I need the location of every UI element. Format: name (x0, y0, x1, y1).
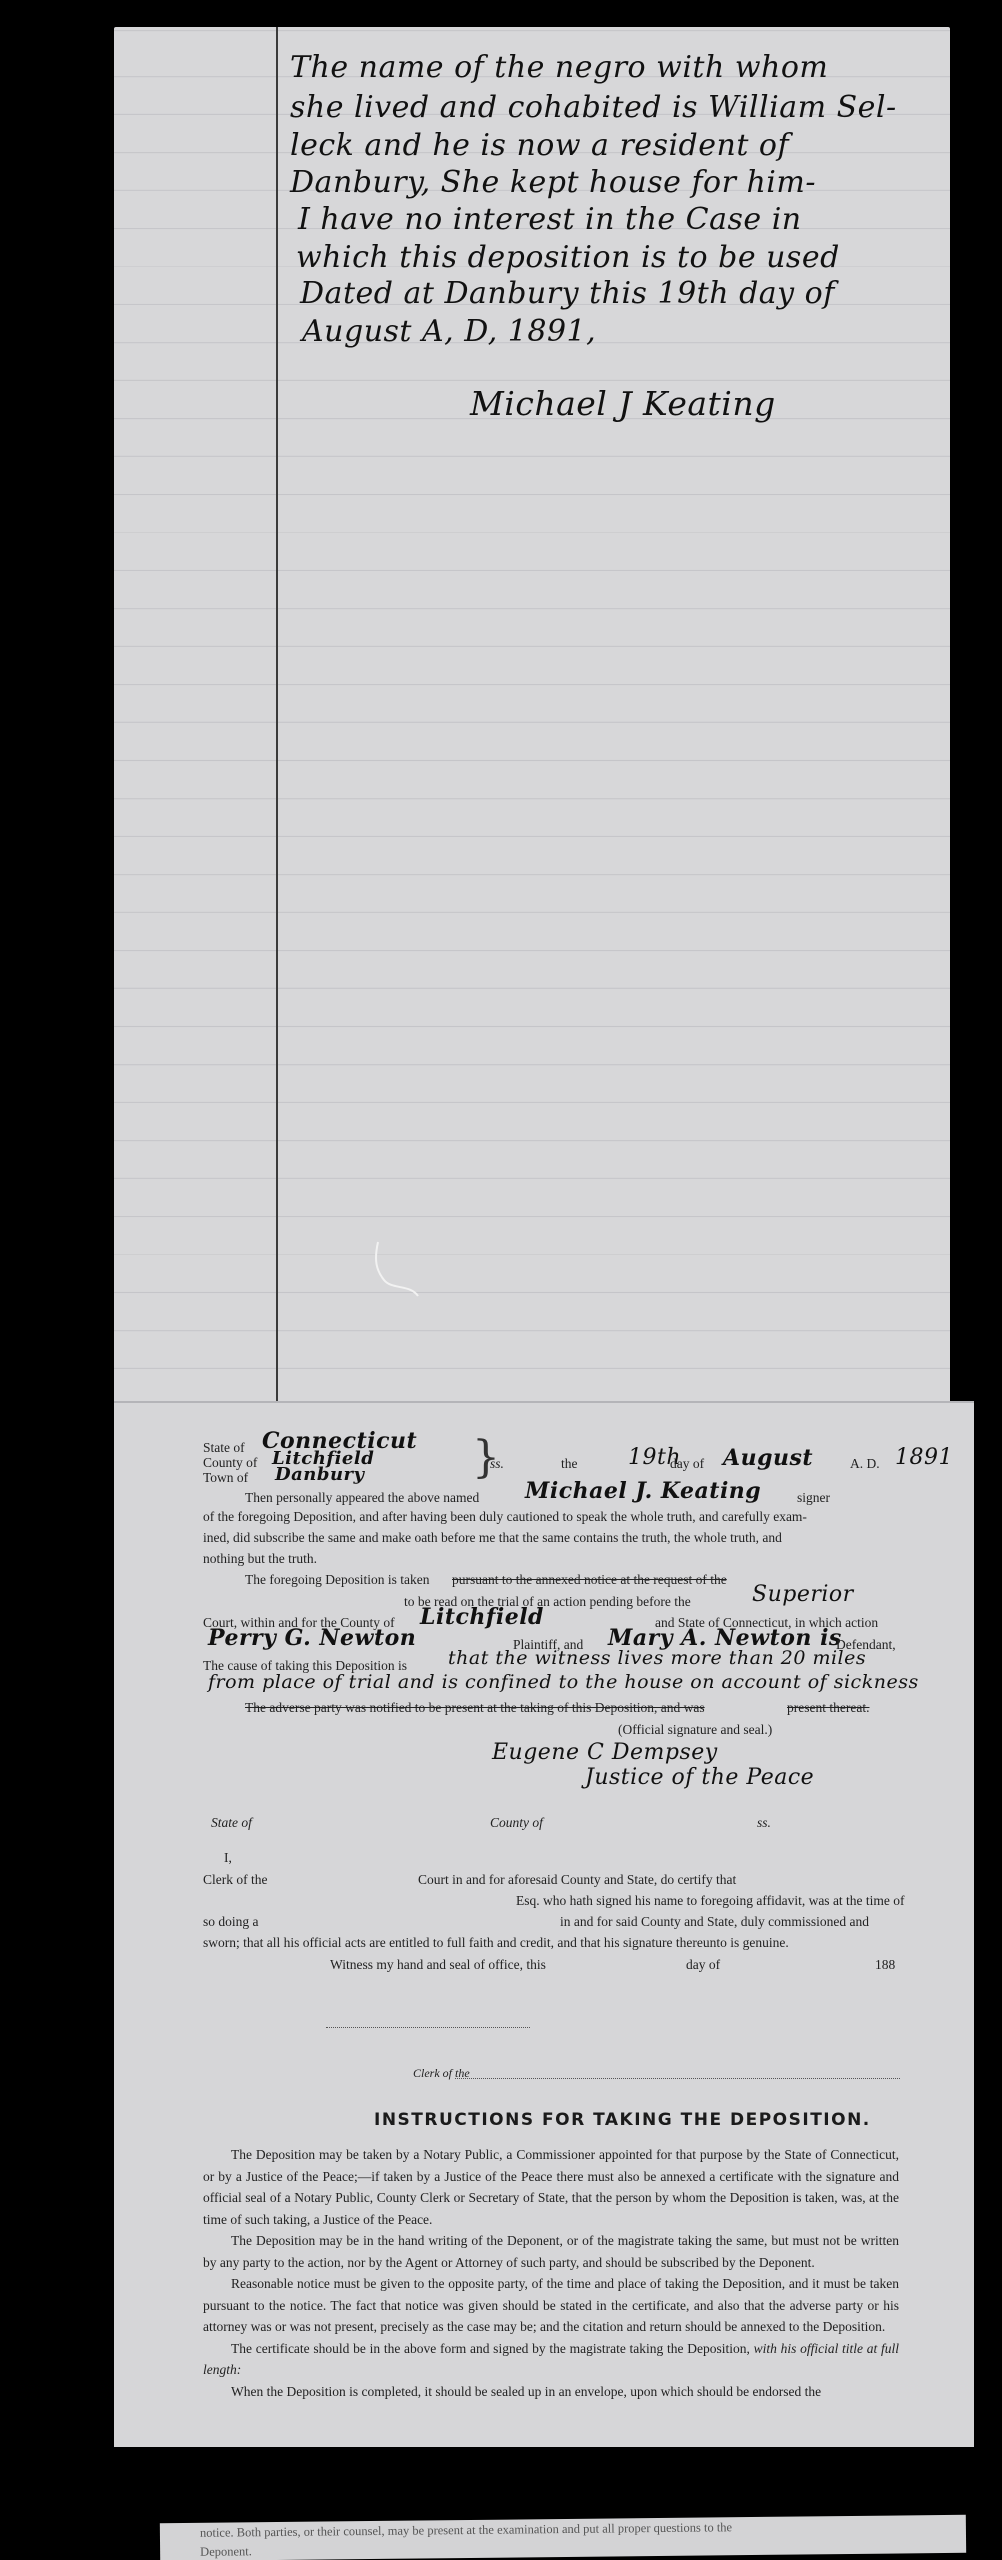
magistrate-signature: Eugene C Dempsey (492, 1740, 718, 1765)
month-value: August (723, 1445, 813, 1471)
handwritten-line: leck and he is now a resident of (290, 128, 789, 163)
oath-line-1: of the foregoing Deposition, and after h… (203, 1509, 807, 1525)
county-label: County of (203, 1455, 257, 1471)
handwritten-line: she lived and cohabited is William Sel- (290, 90, 897, 125)
cert-county-label: County of (490, 1815, 543, 1831)
detached-paper-strip: notice. Both parties, or their counsel, … (160, 2515, 966, 2560)
instructions-paragraph-2: The Deposition may be in the hand writin… (203, 2230, 899, 2273)
town-label: Town of (203, 1470, 248, 1486)
handwritten-line: I have no interest in the Case in (298, 202, 802, 237)
cert-day-of: day of (686, 1957, 720, 1973)
ss-label: ss. (490, 1456, 504, 1472)
cert-commissioned-text: in and for said County and State, duly c… (560, 1914, 869, 1930)
court-value: Superior (752, 1582, 854, 1607)
handwritten-line: Dated at Danbury this 19th day of (300, 276, 835, 311)
cert-so-doing: so doing a (203, 1914, 259, 1930)
handwritten-line: The name of the negro with whom (290, 50, 828, 85)
cert-state-label: State of (211, 1815, 252, 1831)
plaintiff-value: Perry G. Newton (208, 1625, 416, 1651)
instructions-paragraph-5: When the Deposition is completed, it sho… (203, 2381, 899, 2403)
instructions-body: The Deposition may be taken by a Notary … (203, 2144, 899, 2402)
instructions-title: INSTRUCTIONS FOR TAKING THE DEPOSITION. (374, 2110, 871, 2130)
deponent-signature: Michael J Keating (470, 384, 776, 423)
margin-rule (276, 27, 278, 1403)
cert-year-prefix: 188 (875, 1957, 895, 1973)
signer-value: Michael J. Keating (525, 1478, 761, 1504)
cause-value-1: that the witness lives more than 20 mile… (448, 1647, 866, 1669)
appeared-text: Then personally appeared the above named (245, 1490, 479, 1506)
cert-witness-text: Witness my hand and seal of office, this (330, 1957, 546, 1973)
magistrate-title: Justice of the Peace (585, 1765, 814, 1790)
town-value: Danbury (275, 1464, 364, 1485)
cert-court-text: Court in and for aforesaid County and St… (418, 1872, 736, 1888)
instructions-paragraph-4: The certificate should be in the above f… (203, 2338, 899, 2381)
court-county-value: Litchfield (420, 1604, 544, 1630)
strip-line-1: notice. Both parties, or their counsel, … (200, 2520, 732, 2541)
handwritten-line: which this deposition is to be used (296, 240, 840, 275)
cert-ss-label: ss. (757, 1815, 771, 1831)
adverse-tail-struck: present thereat. (787, 1700, 869, 1716)
the-label: the (561, 1456, 578, 1472)
strip-line-2: Deponent. (200, 2544, 252, 2560)
cert-esq-text: Esq. who hath signed his name to foregoi… (516, 1893, 905, 1909)
cause-value-2: from place of trial and is confined to t… (208, 1671, 919, 1693)
cert-i-label: I, (224, 1850, 232, 1866)
oath-line-2: ined, did subscribe the same and make oa… (203, 1530, 782, 1546)
paper-scratch-mark (370, 1240, 450, 1320)
day-of-label: day of (670, 1456, 704, 1472)
instructions-paragraph-1: The Deposition may be taken by a Notary … (203, 2144, 899, 2230)
cert-clerk-of-the: Clerk of the (203, 1872, 267, 1888)
ad-label: A. D. (850, 1456, 880, 1472)
seal-signature-line (326, 2027, 530, 2028)
taken-struck-text: pursuant to the annexed notice at the re… (452, 1572, 727, 1588)
handwritten-line: Danbury, She kept house for him- (290, 165, 816, 200)
instructions-paragraph-3: Reasonable notice must be given to the o… (203, 2273, 899, 2338)
clerk-signature-line (455, 2078, 900, 2079)
year-value: 1891 (895, 1445, 953, 1470)
official-signature-label: (Official signature and seal.) (618, 1722, 772, 1738)
taken-text: The foregoing Deposition is taken (245, 1572, 429, 1588)
signer-label: signer (797, 1490, 830, 1506)
adverse-struck-text: The adverse party was notified to be pre… (245, 1700, 705, 1716)
handwritten-line: August A, D, 1891, (302, 314, 596, 349)
state-label: State of (203, 1440, 245, 1456)
cert-sworn-text: sworn; that all his official acts are en… (203, 1935, 789, 1951)
oath-line-3: nothing but the truth. (203, 1551, 317, 1567)
